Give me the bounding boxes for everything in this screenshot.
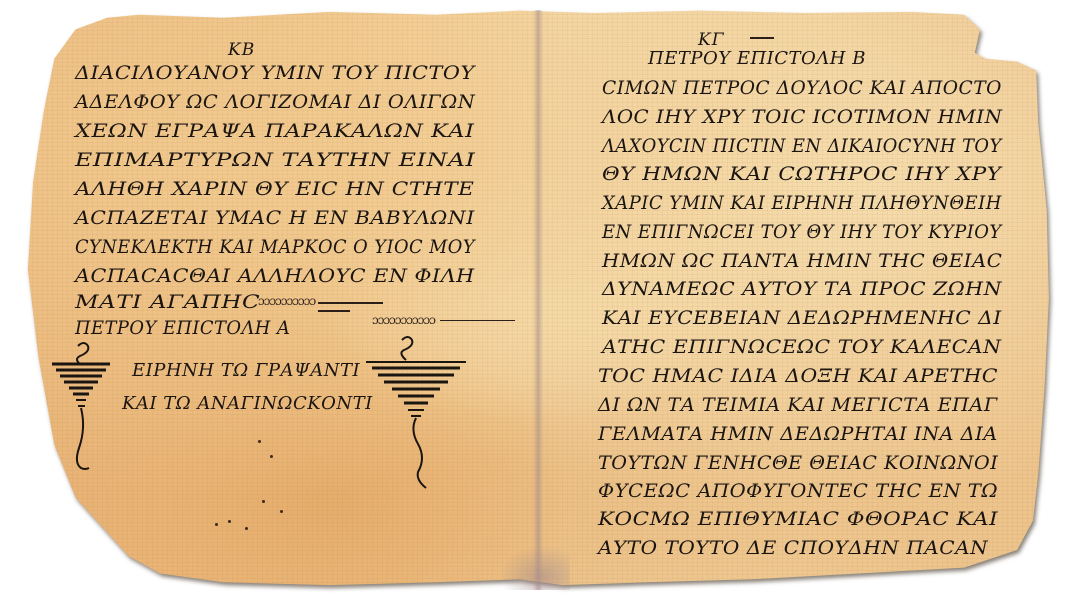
right-line-16: ΚΟϹΜΩ ΕΠΙΘΥΜΙΑϹ ΦΘΟΡΑϹ ΚΑΙ — [598, 508, 998, 530]
right-line-5: ΧΑΡΙϹ ΥΜΙΝ ΚΑΙ ΕΙΡΗΝΗ ΠΛΗΘΥΝΘΕΙΗ — [602, 192, 1002, 214]
right-line-4: ΘΥ ΗΜΩΝ ΚΑΙ ϹΩΤΗΡΟϹ ΙΗΥ ΧΡΥ — [602, 163, 1001, 185]
ink-speck — [262, 500, 265, 503]
right-line-1: ϹΙΜΩΝ ΠΕΤΡΟϹ ΔΟΥΛΟϹ ΚΑΙ ΑΠΟϹΤΟ — [602, 77, 1002, 99]
right-line-15: ΦΥϹΕΩϹ ΑΠΟΦΥΓΟΝΤΕϹ ΤΗϹ ΕΝ ΤΩ — [598, 480, 998, 502]
right-line-13: ΓΕΛΜΑΤΑ ΗΜΙΝ ΔΕΔΩΡΗΤΑΙ ΙΝΑ ΔΙΑ — [598, 423, 998, 445]
left-line-4: ΕΠΙΜΑΡΤΥΡΩΝ ΤΑΥΤΗΝ ΕΙΝΑΙ — [75, 149, 476, 171]
codex-fold-seam — [533, 10, 543, 590]
right-line-17: ΑΥΤΟ ΤΟΥΤΟ ΔΕ ϹΠΟΥΔΗΝ ΠΑϹΑΝ — [598, 537, 988, 559]
colophon-line-2: ΚΑΙ ΤΩ ΑΝΑΓΙΝΩϹΚΟΝΤΙ — [122, 393, 373, 414]
right-line-3: ΛΑΧΟΥϹΙΝ ΠΙϹΤΙΝ ΕΝ ΔΙΚΑΙΟϹΥΝΗ ΤΟΥ — [602, 135, 1002, 157]
left-line-2: ΑΔΕΛΦΟΥ ΩϹ ΛΟΓΙΖΟΜΑΙ ΔΙ ΟΛΙΓΩΝ — [75, 91, 475, 113]
left-line-7: ϹΥΝΕΚΛΕΚΤΗ ΚΑΙ ΜΑΡΚΟϹ Ο ΥΙΟϹ ΜΟΥ — [75, 236, 475, 258]
right-line-11: ΤΟϹ ΗΜΑϹ ΙΔΙΑ ΔΟΞΗ ΚΑΙ ΑΡΕΤΗϹ — [598, 365, 998, 387]
ink-speck — [215, 523, 218, 526]
right-folio-number: ΚΓ — [698, 30, 725, 50]
line-filler-rule — [318, 302, 383, 304]
line-filler-ornament: ɔɔɔɔɔɔɔɔɔɔ — [258, 294, 315, 308]
title-filler-rule — [440, 320, 515, 321]
left-line-5: ΑΛΗΘΗ ΧΑΡΙΝ ΘΥ ΕΙϹ ΗΝ ϹΤΗΤΕ — [75, 178, 475, 200]
right-line-8: ΔΥΝΑΜΕΩϹ ΑΥΤΟΥ ΤΑ ΠΡΟϹ ΖΩΗΝ — [602, 278, 1002, 300]
left-line-8: ΑϹΠΑϹΑϹΘΑΙ ΑΛΛΗΛΟΥϹ ΕΝ ΦΙΛΗ — [75, 265, 475, 287]
left-folio-number: ΚΒ — [228, 40, 255, 60]
colophon-line-1: ΕΙΡΗΝΗ ΤΩ ΓΡΑΨΑΝΤΙ — [132, 360, 360, 381]
coronis-ornament-left-icon — [48, 340, 118, 480]
folio-mark — [750, 37, 774, 39]
right-page-title: ΠΕΤΡΟΥ ΕΠΙϹΤΟΛΗ Β — [648, 48, 866, 69]
ink-speck — [270, 455, 273, 458]
right-line-14: ΤΟΥΤΩΝ ΓΕΝΗϹΘΕ ΘΕΙΑϹ ΚΟΙΝΩΝΟΙ — [598, 452, 998, 474]
ink-speck — [258, 440, 261, 443]
left-line-9: ΜΑΤΙ ΑΓΑΠΗϹ — [75, 291, 260, 313]
left-line-3: ΧΕΩΝ ΕΓΡΑΨΑ ΠΑΡΑΚΑΛΩΝ ΚΑΙ — [75, 120, 475, 142]
title-filler-ornament: ɔɔɔɔɔɔɔɔɔɔɔ — [372, 313, 435, 327]
right-line-10: ΑΤΗϹ ΕΠΙΓΝΩϹΕΩϹ ΤΟΥ ΚΑΛΕϹΑΝ — [602, 336, 1001, 358]
right-line-12: ΔΙ ΩΝ ΤΑ ΤΕΙΜΙΑ ΚΑΙ ΜΕΓΙϹΤΑ ΕΠΑΓ — [598, 394, 998, 416]
seam-stain — [500, 545, 570, 590]
line-filler-rule-short — [318, 310, 350, 312]
right-line-6: ΕΝ ΕΠΙΓΝΩϹΕΙ ΤΟΥ ΘΥ ΙΗΥ ΤΟΥ ΚΥΡΙΟΥ — [602, 221, 1002, 243]
left-line-6: ΑϹΠΑΖΕΤΑΙ ΥΜΑϹ Η ΕΝ ΒΑΒΥΛΩΝΙ — [75, 207, 475, 229]
right-line-2: ΛΟϹ ΙΗΥ ΧΡΥ ΤΟΙϹ ΙϹΟΤΙΜΟΝ ΗΜΙΝ — [602, 106, 1002, 128]
ink-speck — [228, 520, 231, 523]
left-line-10: ΠΕΤΡΟΥ ΕΠΙϹΤΟΛΗ Α — [75, 317, 290, 339]
coronis-ornament-right-icon — [362, 334, 472, 494]
ink-speck — [245, 527, 248, 530]
right-line-9: ΚΑΙ ΕΥϹΕΒΕΙΑΝ ΔΕΔΩΡΗΜΕΝΗϹ ΔΙ — [602, 307, 1002, 329]
ink-speck — [280, 510, 283, 513]
right-line-7: ΗΜΩΝ ΩϹ ΠΑΝΤΑ ΗΜΙΝ ΤΗϹ ΘΕΙΑϹ — [602, 250, 1002, 272]
left-line-1: ΔΙΑϹΙΛΟΥΑΝΟΥ ΥΜΙΝ ΤΟΥ ΠΙϹΤΟΥ — [75, 62, 475, 84]
